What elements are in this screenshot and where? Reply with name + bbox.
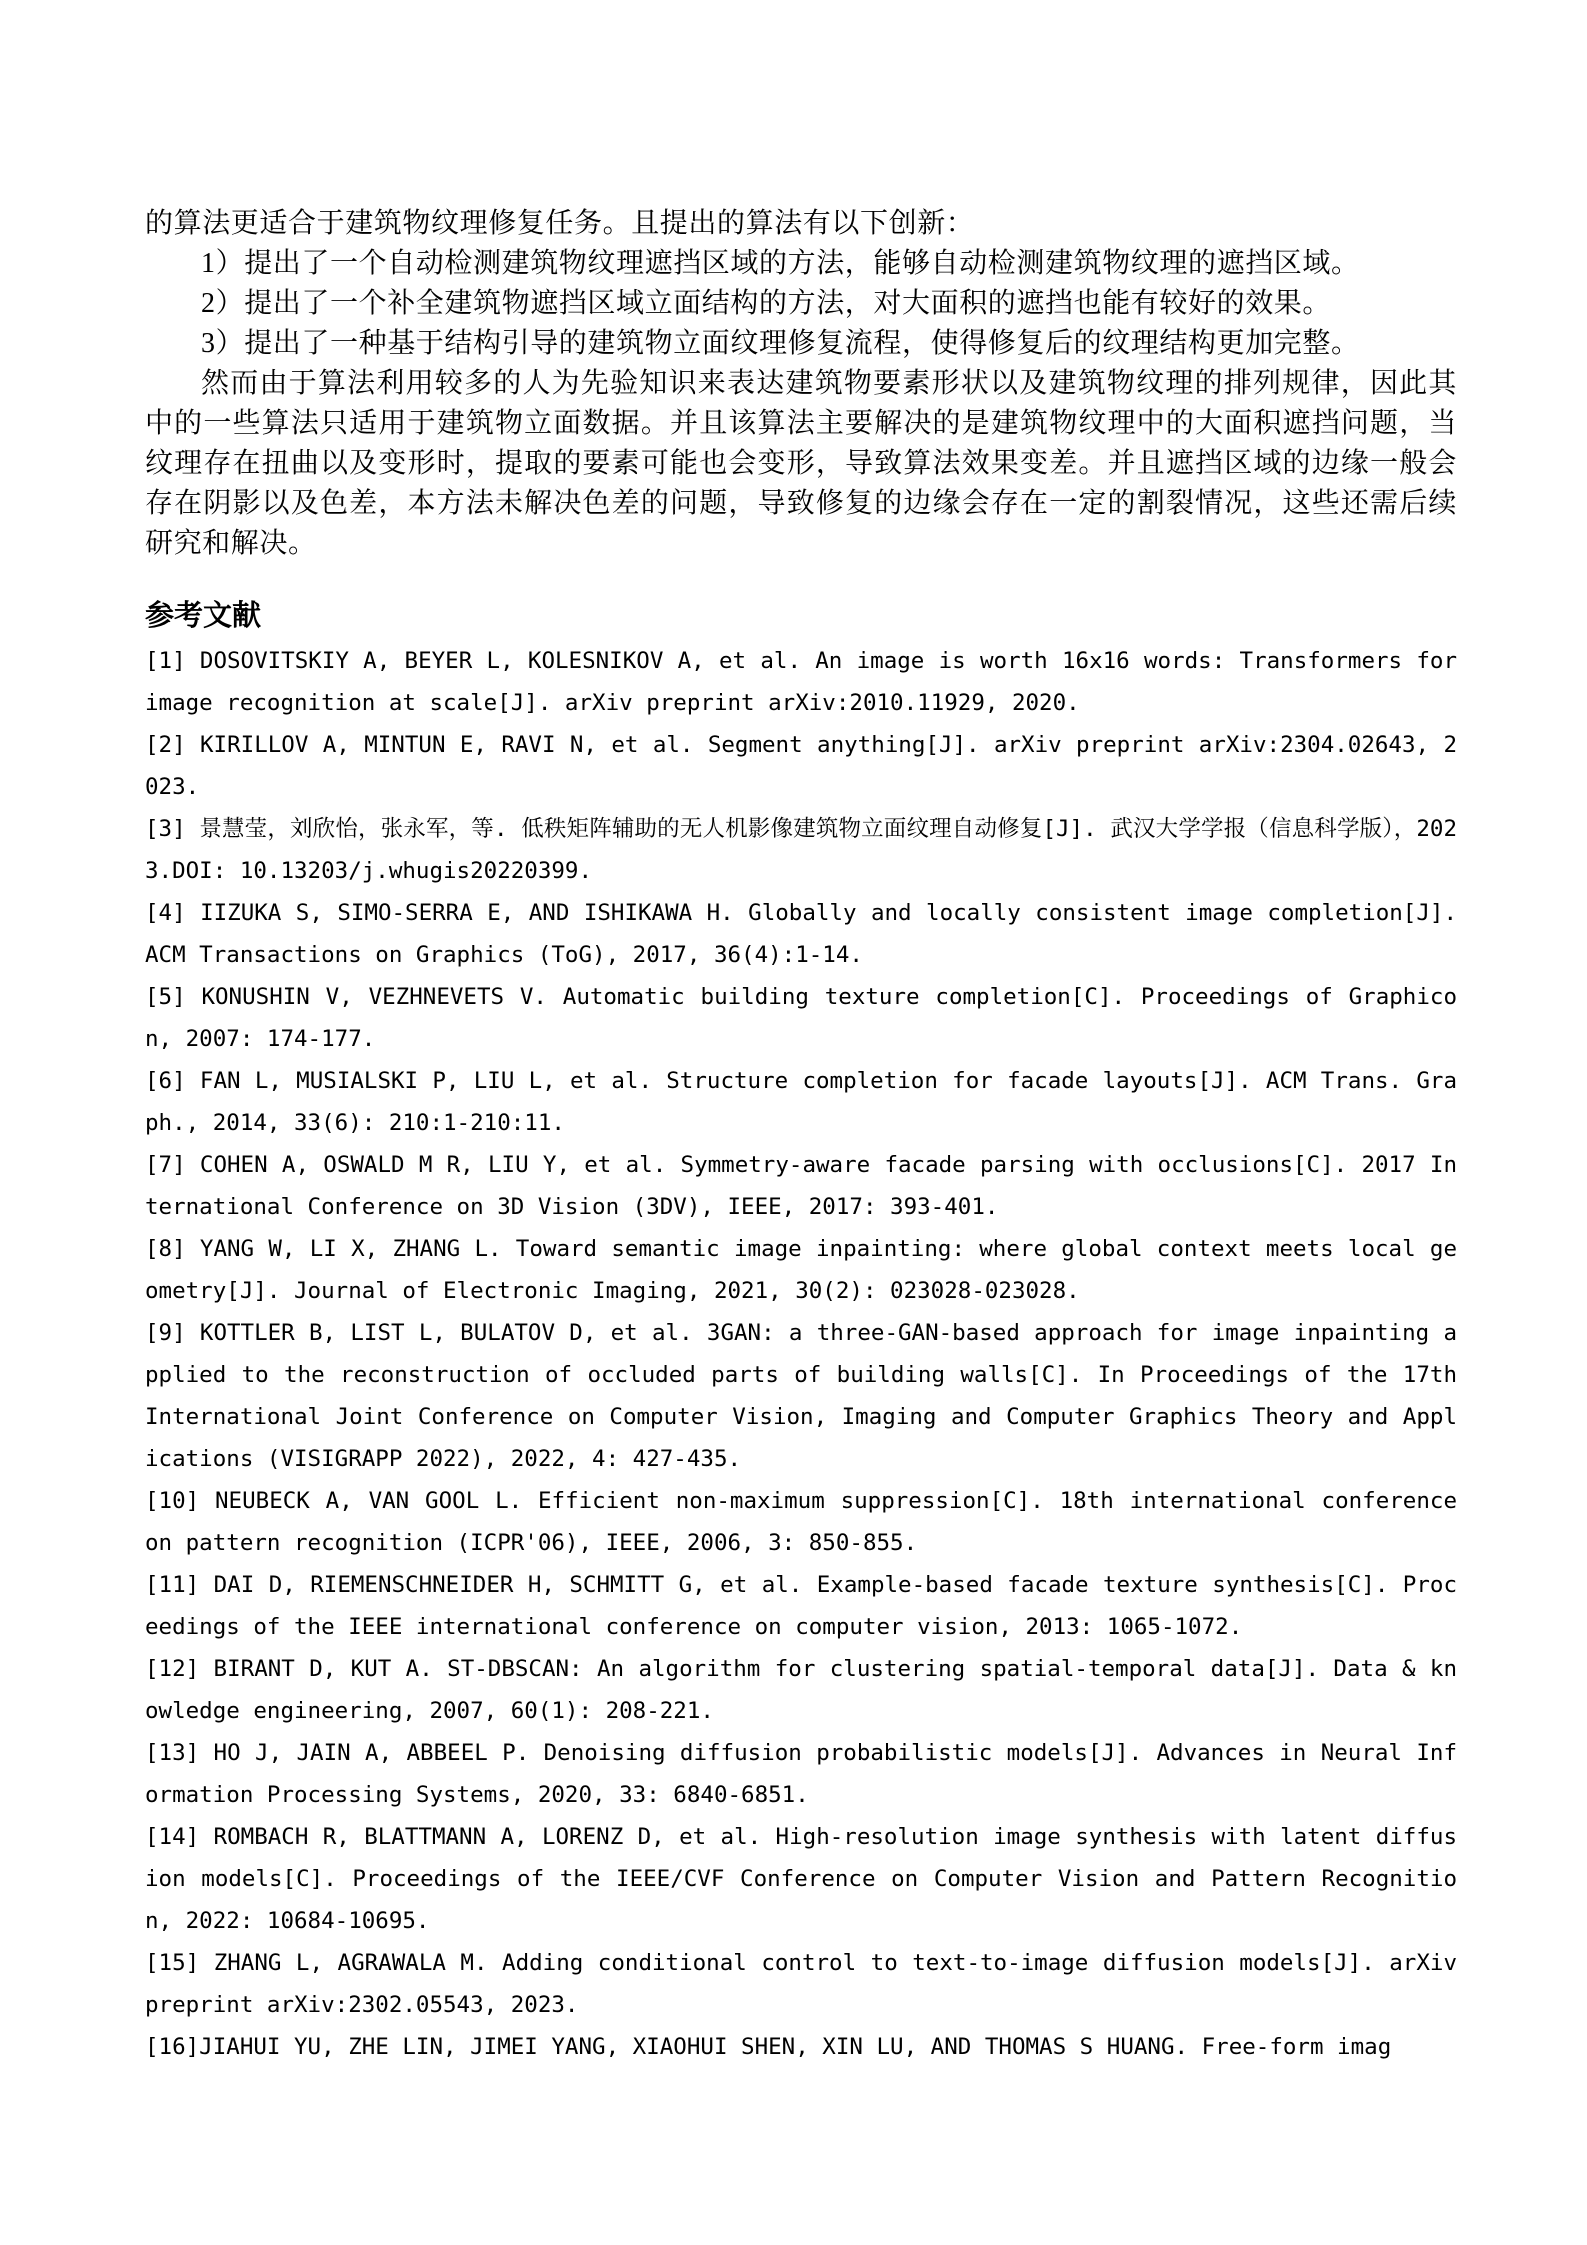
reference-entry-10: [10] NEUBECK A, VAN GOOL L. Efficient no… [145,1480,1457,1564]
innovation-item-2: 2）提出了一个补全建筑物遮挡区域立面结构的方法，对大面积的遮挡也能有较好的效果。 [145,284,1457,324]
reference-entry-1: [1] DOSOVITSKIY A, BEYER L, KOLESNIKOV A… [145,640,1457,724]
reference-entry-12: [12] BIRANT D, KUT A. ST-DBSCAN: An algo… [145,1648,1457,1732]
references-list: [1] DOSOVITSKIY A, BEYER L, KOLESNIKOV A… [145,640,1457,2068]
reference-entry-15: [15] ZHANG L, AGRAWALA M. Adding conditi… [145,1942,1457,2026]
reference-entry-4: [4] IIZUKA S, SIMO-SERRA E, AND ISHIKAWA… [145,892,1457,976]
discussion-paragraph: 然而由于算法利用较多的人为先验知识来表达建筑物要素形状以及建筑物纹理的排列规律，… [145,364,1457,564]
reference-entry-3: [3] 景慧莹，刘欣怡，张永军，等. 低秩矩阵辅助的无人机影像建筑物立面纹理自动… [145,808,1457,892]
reference-entry-2: [2] KIRILLOV A, MINTUN E, RAVI N, et al.… [145,724,1457,808]
reference-entry-5: [5] KONUSHIN V, VEZHNEVETS V. Automatic … [145,976,1457,1060]
innovation-item-3: 3）提出了一种基于结构引导的建筑物立面纹理修复流程，使得修复后的纹理结构更加完整… [145,324,1457,364]
closing-discussion-section: 的算法更适合于建筑物纹理修复任务。且提出的算法有以下创新： 1）提出了一个自动检… [145,204,1457,564]
reference-entry-7: [7] COHEN A, OSWALD M R, LIU Y, et al. S… [145,1144,1457,1228]
reference-entry-14: [14] ROMBACH R, BLATTMANN A, LORENZ D, e… [145,1816,1457,1942]
reference-entry-8: [8] YANG W, LI X, ZHANG L. Toward semant… [145,1228,1457,1312]
innovation-item-1: 1）提出了一个自动检测建筑物纹理遮挡区域的方法，能够自动检测建筑物纹理的遮挡区域… [145,244,1457,284]
reference-entry-16: [16]JIAHUI YU, ZHE LIN, JIMEI YANG, XIAO… [145,2026,1457,2068]
lead-paragraph: 的算法更适合于建筑物纹理修复任务。且提出的算法有以下创新： [145,204,1457,244]
references-heading: 参考文献 [145,594,1457,638]
reference-entry-9: [9] KOTTLER B, LIST L, BULATOV D, et al.… [145,1312,1457,1480]
reference-entry-13: [13] HO J, JAIN A, ABBEEL P. Denoising d… [145,1732,1457,1816]
reference-entry-6: [6] FAN L, MUSIALSKI P, LIU L, et al. St… [145,1060,1457,1144]
reference-entry-11: [11] DAI D, RIEMENSCHNEIDER H, SCHMITT G… [145,1564,1457,1648]
document-page: 的算法更适合于建筑物纹理修复任务。且提出的算法有以下创新： 1）提出了一个自动检… [0,0,1587,2245]
